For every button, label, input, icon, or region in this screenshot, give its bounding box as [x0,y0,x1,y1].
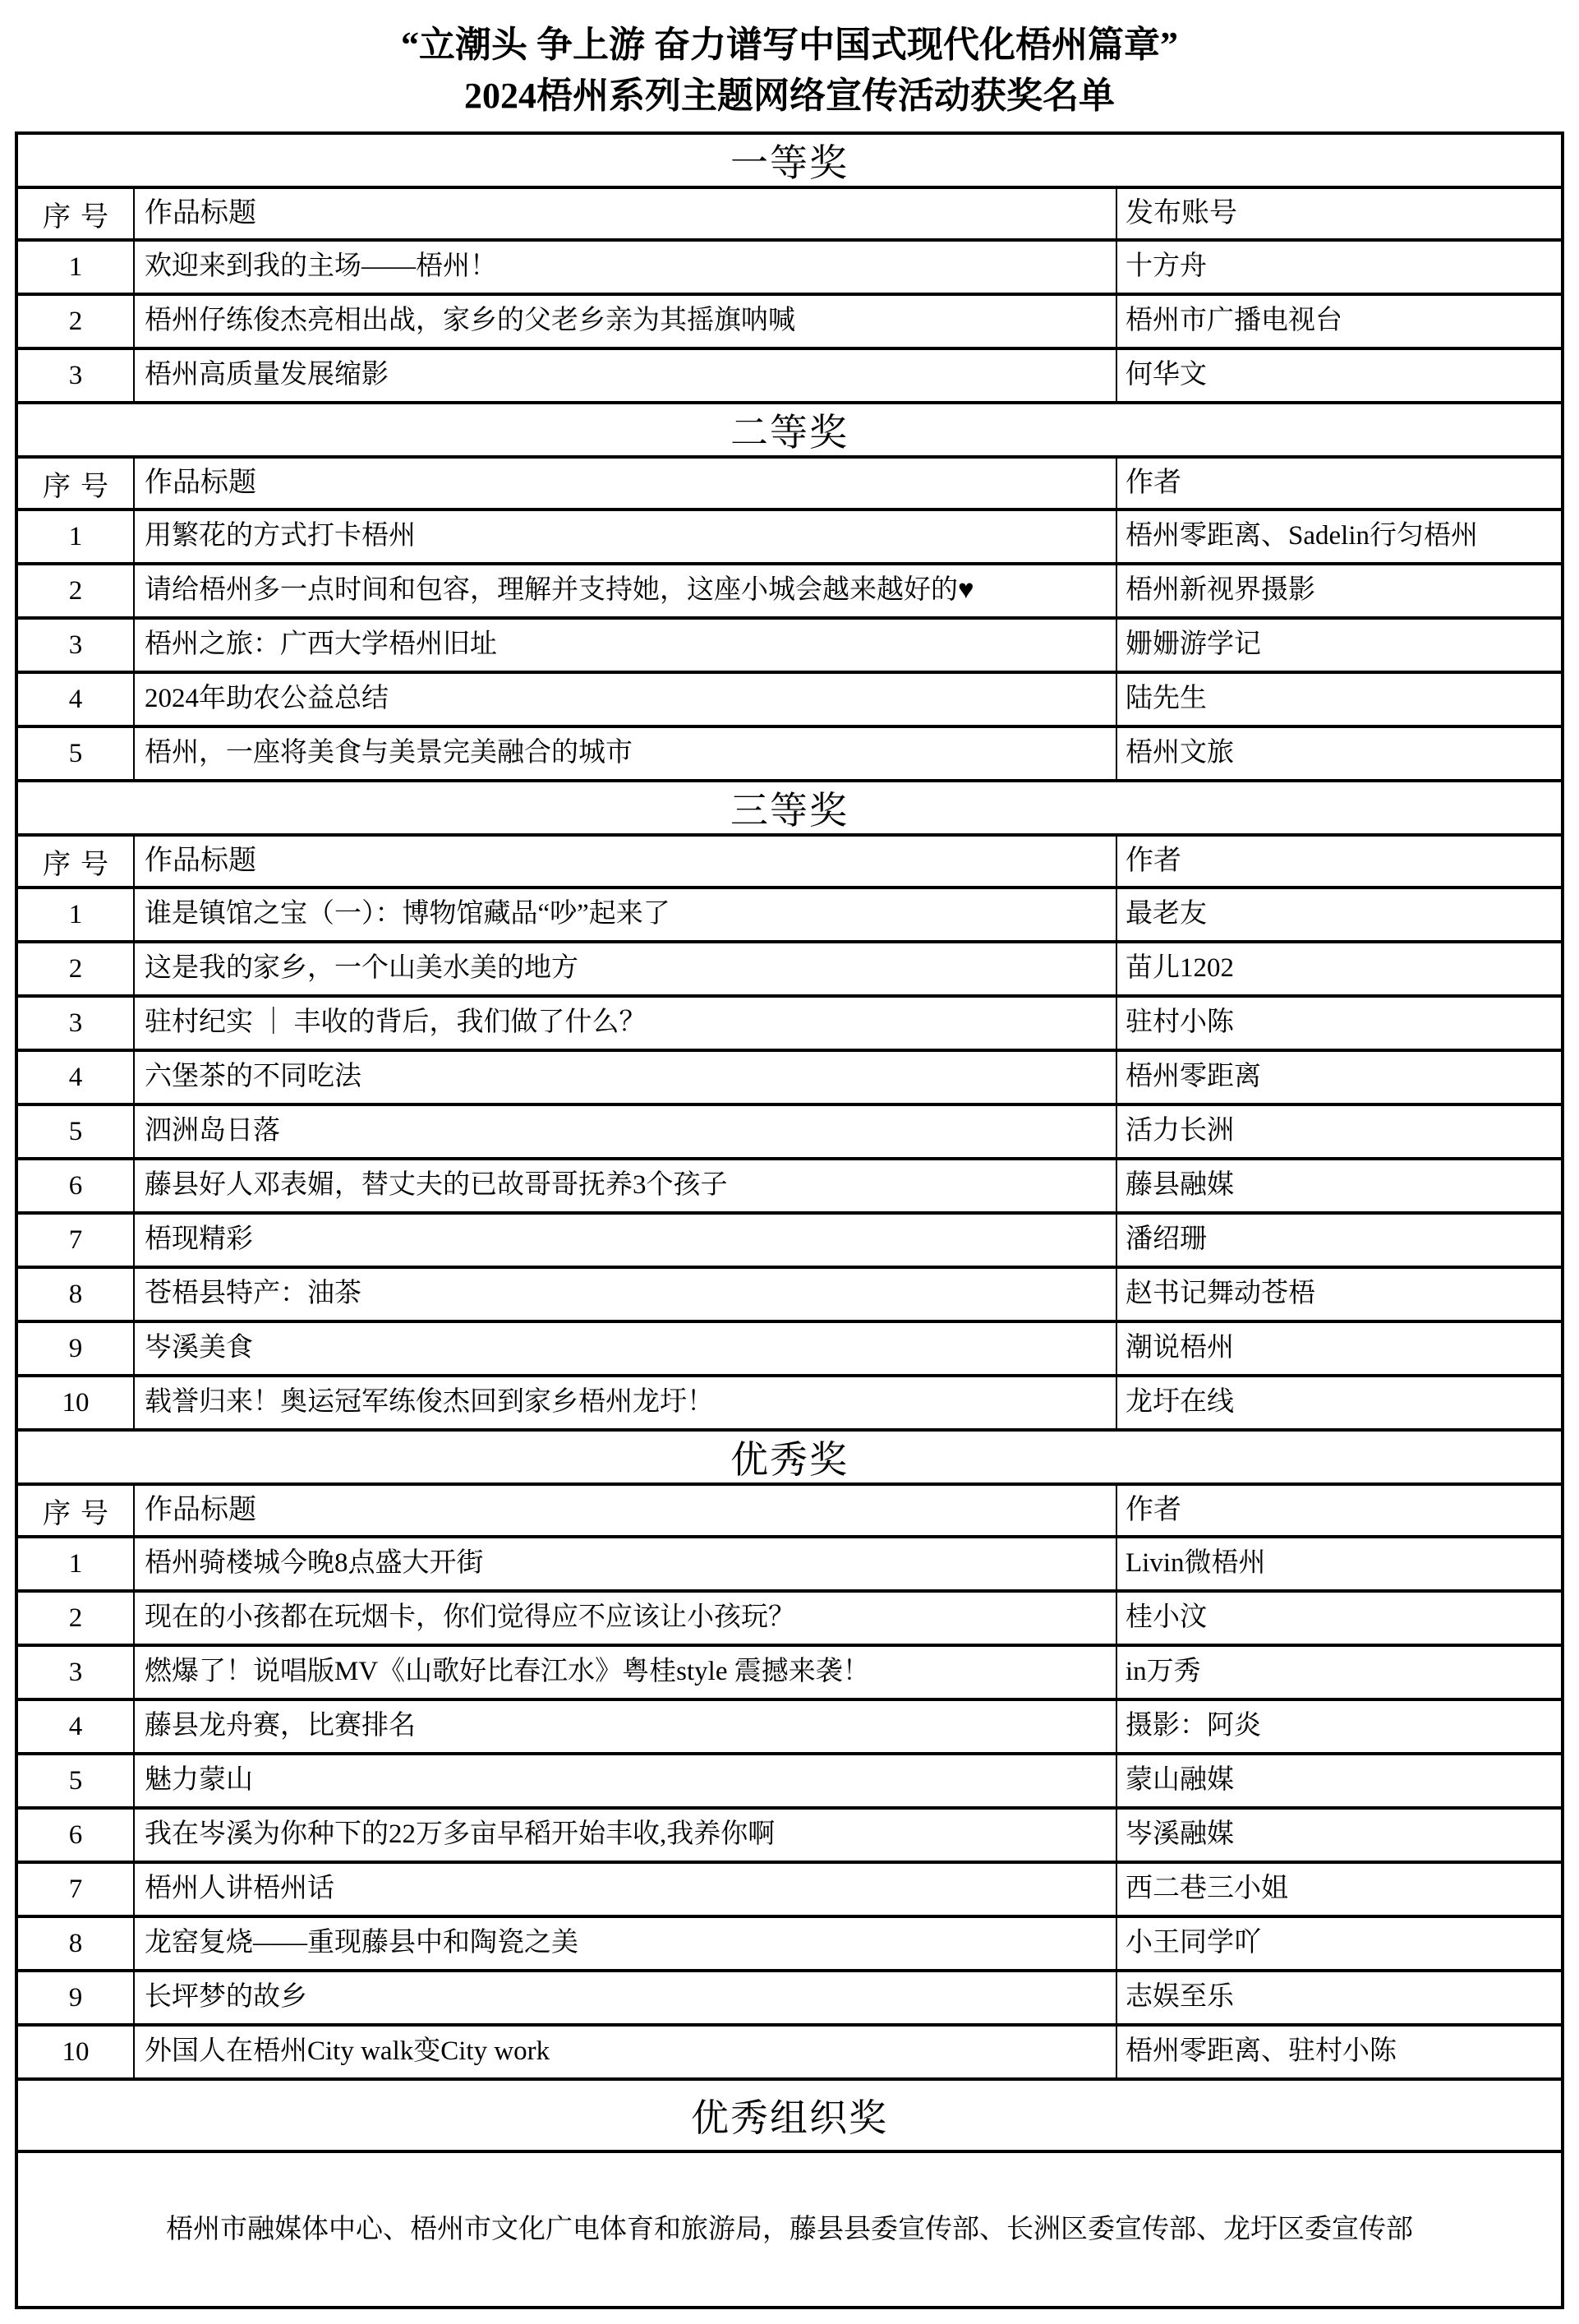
org-award-band: 优秀组织奖 [18,2081,1561,2153]
row-index: 1 [18,242,135,293]
row-index: 6 [18,1810,135,1861]
work-title: 梧州高质量发展缩影 [135,350,1117,401]
author-name: 摄影：阿炎 [1117,1701,1561,1752]
author-name: 十方舟 [1117,242,1561,293]
author-name: 梧州零距离、驻村小陈 [1117,2027,1561,2077]
title-column-header: 作品标题 [135,1486,1117,1535]
work-title: 苍梧县特产：油茶 [135,1269,1117,1320]
row-index: 1 [18,511,135,562]
section-header-row: 序号作品标题作者 [18,459,1561,511]
row-index: 4 [18,1701,135,1752]
work-title: 魅力蒙山 [135,1755,1117,1806]
title-column-header: 作品标题 [135,837,1117,886]
work-title: 请给梧州多一点时间和包容，理解并支持她，这座小城会越来越好的♥ [135,565,1117,616]
author-name: 活力长洲 [1117,1106,1561,1157]
work-title: 驻村纪实 ｜ 丰收的背后，我们做了什么？ [135,998,1117,1049]
row-index: 8 [18,1918,135,1969]
row-index: 9 [18,1972,135,2023]
author-name: 赵书记舞动苍梧 [1117,1269,1561,1320]
work-title: 岑溪美食 [135,1323,1117,1374]
author-name: 梧州市广播电视台 [1117,296,1561,347]
author-name: 陆先生 [1117,674,1561,725]
table-row: 9长坪梦的故乡志娱至乐 [18,1972,1561,2027]
author-name: 志娱至乐 [1117,1972,1561,2023]
work-title: 梧州，一座将美食与美景完美融合的城市 [135,728,1117,779]
work-title: 藤县好人邓表媚，替丈夫的已故哥哥抚养3个孩子 [135,1160,1117,1211]
section-header-row: 序号作品标题作者 [18,837,1561,889]
table-row: 1用繁花的方式打卡梧州梧州零距离、Sadelin行匀梧州 [18,511,1561,565]
author-column-header: 作者 [1117,837,1561,886]
table-row: 1欢迎来到我的主场——梧州！十方舟 [18,242,1561,296]
author-name: 姗姗游学记 [1117,620,1561,671]
work-title: 梧州骑楼城今晚8点盛大开街 [135,1538,1117,1589]
work-title: 用繁花的方式打卡梧州 [135,511,1117,562]
author-column-header: 作者 [1117,1486,1561,1535]
author-name: 潘绍珊 [1117,1215,1561,1266]
row-index: 2 [18,565,135,616]
index-column-header: 序号 [18,1486,135,1535]
row-index: 6 [18,1160,135,1211]
table-row: 10外国人在梧州City walk变City work梧州零距离、驻村小陈 [18,2027,1561,2081]
table-row: 3梧州高质量发展缩影何华文 [18,350,1561,404]
work-title: 龙窑复烧——重现藤县中和陶瓷之美 [135,1918,1117,1969]
table-row: 1谁是镇馆之宝（一）：博物馆藏品“吵”起来了最老友 [18,889,1561,943]
row-index: 4 [18,674,135,725]
table-row: 2这是我的家乡，一个山美水美的地方苗儿1202 [18,943,1561,998]
table-row: 4藤县龙舟赛，比赛排名摄影：阿炎 [18,1701,1561,1755]
document-title: “立潮头 争上游 奋力谱写中国式现代化梧州篇章” 2024梧州系列主题网络宣传活… [0,0,1579,122]
author-name: 潮说梧州 [1117,1323,1561,1374]
row-index: 5 [18,1755,135,1806]
document-title-line1: “立潮头 争上游 奋力谱写中国式现代化梧州篇章” [0,20,1579,71]
row-index: 4 [18,1052,135,1103]
table-row: 8龙窑复烧——重现藤县中和陶瓷之美小王同学吖 [18,1918,1561,1972]
work-title: 长坪梦的故乡 [135,1972,1117,2023]
work-title: 梧州人讲梧州话 [135,1864,1117,1915]
work-title: 六堡茶的不同吃法 [135,1052,1117,1103]
work-title: 藤县龙舟赛，比赛排名 [135,1701,1117,1752]
author-name: 梧州零距离、Sadelin行匀梧州 [1117,511,1561,562]
row-index: 3 [18,1647,135,1698]
table-row: 2梧州仔练俊杰亮相出战，家乡的父老乡亲为其摇旗呐喊梧州市广播电视台 [18,296,1561,350]
row-index: 9 [18,1323,135,1374]
author-name: Livin微梧州 [1117,1538,1561,1589]
row-index: 3 [18,350,135,401]
row-index: 5 [18,728,135,779]
work-title: 这是我的家乡，一个山美水美的地方 [135,943,1117,994]
author-name: in万秀 [1117,1647,1561,1698]
row-index: 7 [18,1215,135,1266]
document-title-line2: 2024梧州系列主题网络宣传活动获奖名单 [0,71,1579,122]
work-title: 泗洲岛日落 [135,1106,1117,1157]
section-band-1: 一等奖 [18,135,1561,189]
title-column-header: 作品标题 [135,459,1117,508]
index-column-header: 序号 [18,837,135,886]
table-row: 10载誉归来！奥运冠军练俊杰回到家乡梧州龙圩！龙圩在线 [18,1377,1561,1432]
author-name: 岑溪融媒 [1117,1810,1561,1861]
row-index: 2 [18,296,135,347]
work-title: 我在岑溪为你种下的22万多亩早稻开始丰收,我养你啊 [135,1810,1117,1861]
org-award-recipients: 梧州市融媒体中心、梧州市文化广电体育和旅游局，藤县县委宣传部、长洲区委宣传部、龙… [18,2153,1561,2306]
row-index: 1 [18,889,135,940]
work-title: 欢迎来到我的主场——梧州！ [135,242,1117,293]
section-band-3: 三等奖 [18,782,1561,837]
row-index: 3 [18,998,135,1049]
author-name: 龙圩在线 [1117,1377,1561,1428]
table-row: 7梧州人讲梧州话西二巷三小姐 [18,1864,1561,1918]
work-title: 梧州仔练俊杰亮相出战，家乡的父老乡亲为其摇旗呐喊 [135,296,1117,347]
row-index: 7 [18,1864,135,1915]
row-index: 2 [18,943,135,994]
work-title: 现在的小孩都在玩烟卡，你们觉得应不应该让小孩玩？ [135,1593,1117,1644]
author-name: 梧州零距离 [1117,1052,1561,1103]
work-title: 燃爆了！说唱版MV《山歌好比春江水》粤桂style 震撼来袭！ [135,1647,1117,1698]
section-band-2: 二等奖 [18,404,1561,459]
table-row: 6我在岑溪为你种下的22万多亩早稻开始丰收,我养你啊岑溪融媒 [18,1810,1561,1864]
row-index: 10 [18,1377,135,1428]
table-row: 7梧现精彩潘绍珊 [18,1215,1561,1269]
author-name: 苗儿1202 [1117,943,1561,994]
author-name: 驻村小陈 [1117,998,1561,1049]
table-row: 2现在的小孩都在玩烟卡，你们觉得应不应该让小孩玩？桂小汶 [18,1593,1561,1647]
work-title: 谁是镇馆之宝（一）：博物馆藏品“吵”起来了 [135,889,1117,940]
author-column-header: 作者 [1117,459,1561,508]
author-name: 最老友 [1117,889,1561,940]
author-name: 梧州新视界摄影 [1117,565,1561,616]
row-index: 10 [18,2027,135,2077]
section-header-row: 序号作品标题发布账号 [18,189,1561,242]
index-column-header: 序号 [18,459,135,508]
work-title: 梧州之旅：广西大学梧州旧址 [135,620,1117,671]
document-page: “立潮头 争上游 奋力谱写中国式现代化梧州篇章” 2024梧州系列主题网络宣传活… [0,0,1579,2324]
table-row: 9岑溪美食潮说梧州 [18,1323,1561,1377]
table-row: 1梧州骑楼城今晚8点盛大开街Livin微梧州 [18,1538,1561,1593]
table-row: 3梧州之旅：广西大学梧州旧址姗姗游学记 [18,620,1561,674]
row-index: 1 [18,1538,135,1589]
section-band-4: 优秀奖 [18,1432,1561,1486]
table-row: 5魅力蒙山蒙山融媒 [18,1755,1561,1810]
work-title: 外国人在梧州City walk变City work [135,2027,1117,2077]
table-row: 42024年助农公益总结陆先生 [18,674,1561,728]
work-title: 梧现精彩 [135,1215,1117,1266]
author-name: 何华文 [1117,350,1561,401]
row-index: 3 [18,620,135,671]
table-row: 3驻村纪实 ｜ 丰收的背后，我们做了什么？驻村小陈 [18,998,1561,1052]
author-name: 桂小汶 [1117,1593,1561,1644]
table-row: 2请给梧州多一点时间和包容，理解并支持她，这座小城会越来越好的♥梧州新视界摄影 [18,565,1561,620]
work-title: 载誉归来！奥运冠军练俊杰回到家乡梧州龙圩！ [135,1377,1117,1428]
author-name: 梧州文旅 [1117,728,1561,779]
table-row: 4六堡茶的不同吃法梧州零距离 [18,1052,1561,1106]
author-name: 小王同学吖 [1117,1918,1561,1969]
author-name: 蒙山融媒 [1117,1755,1561,1806]
title-column-header: 作品标题 [135,189,1117,238]
section-header-row: 序号作品标题作者 [18,1486,1561,1538]
row-index: 5 [18,1106,135,1157]
author-column-header: 发布账号 [1117,189,1561,238]
table-row: 8苍梧县特产：油茶赵书记舞动苍梧 [18,1269,1561,1323]
award-table: 一等奖序号作品标题发布账号1欢迎来到我的主场——梧州！十方舟2梧州仔练俊杰亮相出… [15,131,1564,2309]
work-title: 2024年助农公益总结 [135,674,1117,725]
row-index: 2 [18,1593,135,1644]
table-row: 5泗洲岛日落活力长洲 [18,1106,1561,1160]
author-name: 西二巷三小姐 [1117,1864,1561,1915]
table-row: 3燃爆了！说唱版MV《山歌好比春江水》粤桂style 震撼来袭！in万秀 [18,1647,1561,1701]
table-row: 6藤县好人邓表媚，替丈夫的已故哥哥抚养3个孩子藤县融媒 [18,1160,1561,1215]
table-row: 5梧州，一座将美食与美景完美融合的城市梧州文旅 [18,728,1561,782]
index-column-header: 序号 [18,189,135,238]
row-index: 8 [18,1269,135,1320]
author-name: 藤县融媒 [1117,1160,1561,1211]
